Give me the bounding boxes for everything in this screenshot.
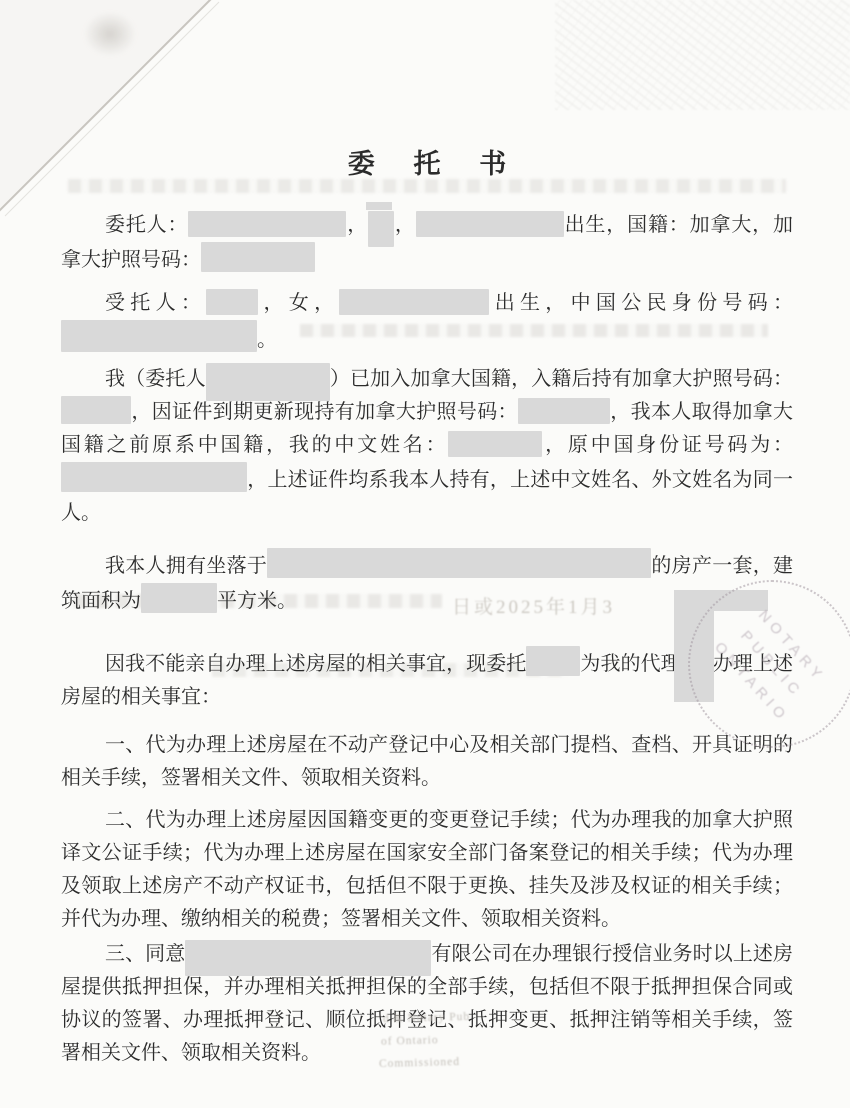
text-run: ， bbox=[394, 214, 416, 236]
scanned-document-page: 日或2025年1月3 委 托 书 委托人：，，出生，国籍：加拿大，加拿大护照号码… bbox=[0, 0, 850, 1108]
redaction-box bbox=[526, 646, 580, 676]
text-run: 一、代为办理上述房屋在不动产登记中心及相关部门提档、查档、开具证明的相关手续，签… bbox=[61, 734, 793, 789]
paragraph-agent: 受托人：，女，出生，中国公民身份号码：。 bbox=[61, 287, 793, 357]
text-run: 我本人拥有坐落于 bbox=[105, 555, 267, 577]
text-run: ，因证件到期更新现持有加拿大护照号码： bbox=[131, 401, 518, 423]
ghost-notary-text: of Ontario bbox=[381, 1034, 439, 1048]
redaction-box bbox=[448, 431, 542, 457]
redaction-box bbox=[206, 363, 330, 401]
text-run: 委托人： bbox=[105, 214, 188, 236]
redaction-box bbox=[368, 211, 394, 247]
redaction-box bbox=[188, 211, 346, 237]
paragraph-item-3: 三、同意有限公司在办理银行授信业务时以上述房屋提供抵押担保，并办理相关抵押担保的… bbox=[61, 938, 793, 1070]
redaction-box bbox=[61, 396, 131, 424]
document-title: 委 托 书 bbox=[61, 142, 793, 181]
text-run: ）已加入加拿大国籍，入籍后持有加拿大护照号码： bbox=[330, 368, 793, 390]
redaction-box bbox=[339, 289, 489, 315]
text-run: ， bbox=[346, 214, 368, 236]
redaction-box bbox=[518, 398, 610, 424]
ghost-notary-text: d & Notary Pub bbox=[383, 1011, 470, 1025]
redaction-box bbox=[185, 940, 431, 976]
notary-stamp: NOTARY PUBLIC ONTARIO bbox=[688, 580, 850, 748]
text-run: 出生，中国公民身份号码： bbox=[489, 292, 793, 314]
text-run: ，女， bbox=[258, 292, 339, 314]
paragraph-principal: 委托人：，，出生，国籍：加拿大，加拿大护照号码： bbox=[61, 209, 793, 277]
text-run: 平方米。 bbox=[217, 590, 297, 612]
text-run: 二、代为办理上述房屋因国籍变更的变更登记手续；代为办理我的加拿大护照译文公证手续… bbox=[61, 809, 793, 930]
redaction-box bbox=[206, 289, 258, 315]
paragraph-item-2: 二、代为办理上述房屋因国籍变更的变更登记手续；代为办理我的加拿大护照译文公证手续… bbox=[61, 804, 793, 936]
text-run: 受托人： bbox=[105, 292, 206, 314]
redaction-box bbox=[141, 583, 217, 613]
redaction-box bbox=[201, 242, 315, 272]
text-run: 三、同意 bbox=[105, 943, 185, 965]
redaction-box bbox=[61, 462, 247, 492]
text-run: ，原中国身份证号码为： bbox=[542, 434, 793, 456]
text-run: 。 bbox=[257, 329, 277, 351]
redaction-box bbox=[416, 211, 564, 237]
text-run: 因我不能亲自办理上述房屋的相关事宜，现委托 bbox=[105, 653, 526, 675]
document-content: 委 托 书 委托人：，，出生，国籍：加拿大，加拿大护照号码：受托人：，女，出生，… bbox=[61, 0, 793, 1070]
redaction-box bbox=[267, 548, 651, 578]
ghost-notary-text: Commissioned bbox=[379, 1056, 460, 1070]
paragraph-item-1: 一、代为办理上述房屋在不动产登记中心及相关部门提档、查档、开具证明的相关手续，签… bbox=[61, 729, 793, 795]
redaction-box bbox=[61, 320, 257, 352]
paragraph-nationality-statement: 我（委托人）已加入加拿大国籍，入籍后持有加拿大护照号码：，因证件到期更新现持有加… bbox=[61, 363, 793, 530]
text-run: 我（委托人 bbox=[105, 368, 206, 390]
redaction-fragment bbox=[366, 202, 392, 210]
